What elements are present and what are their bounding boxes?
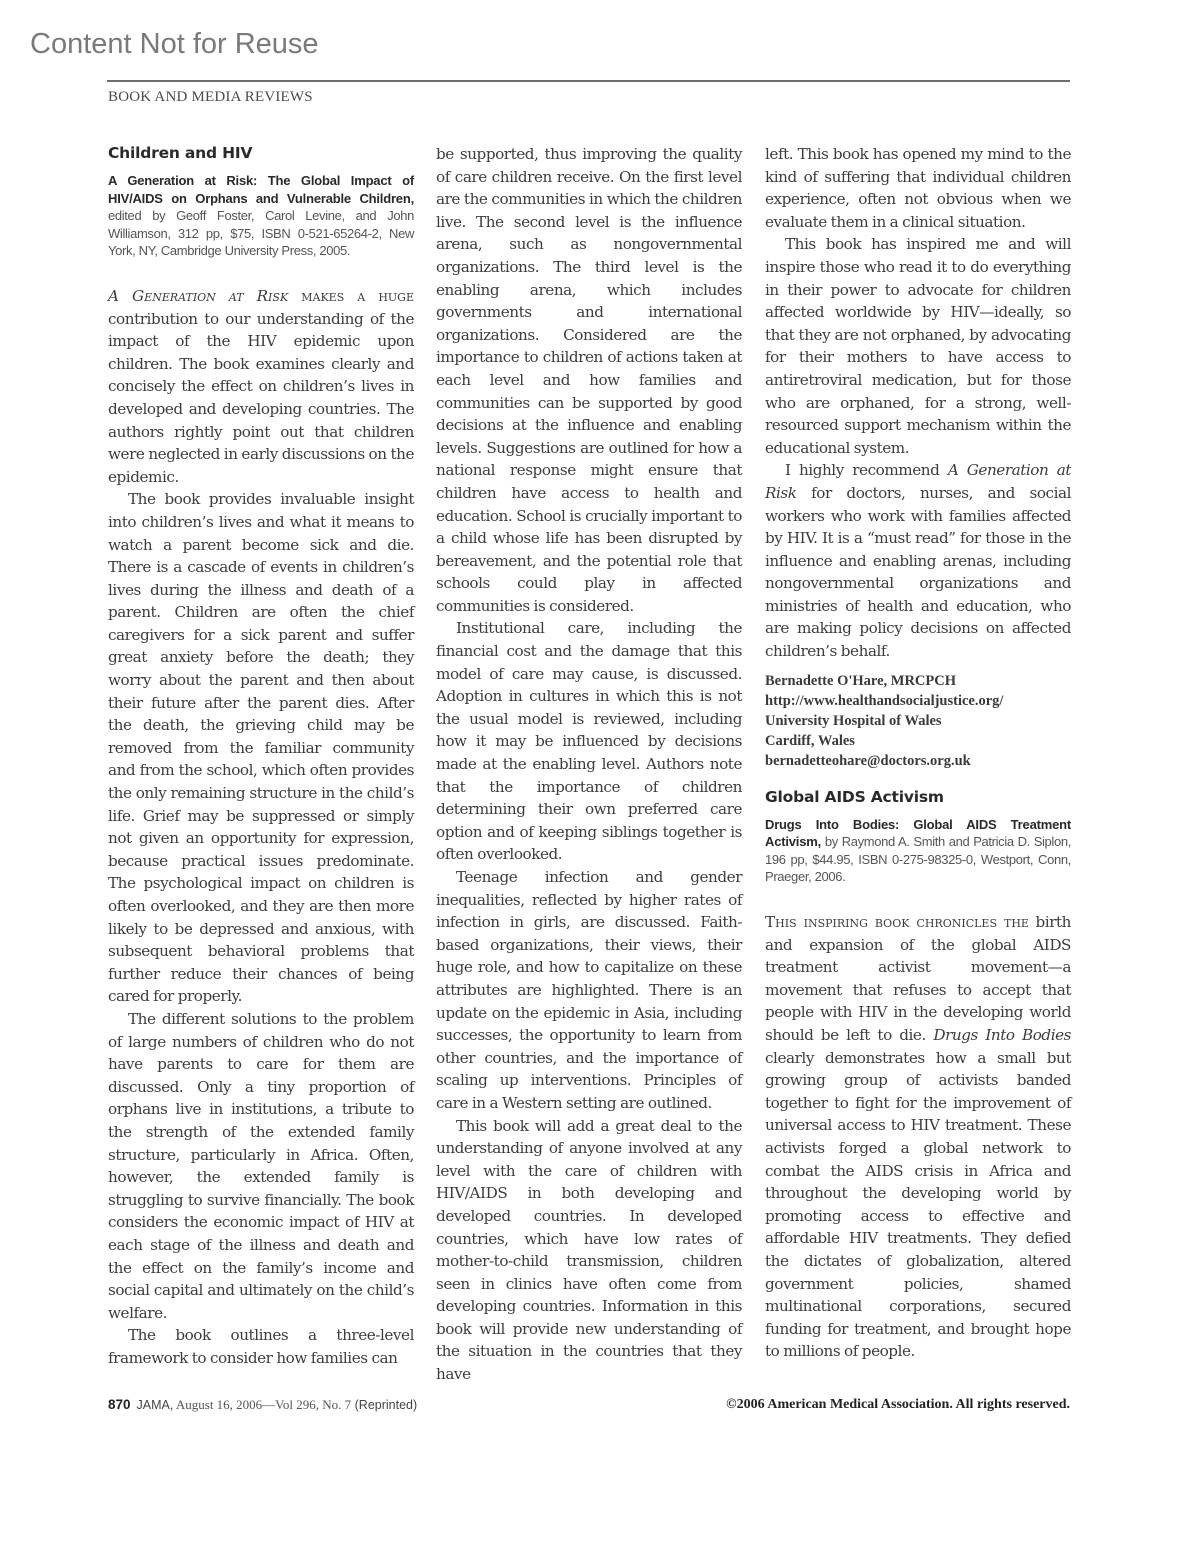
paragraph: A Generation at Risk makes a huge contri… <box>108 285 414 488</box>
paragraph: I highly recommend A Generation at Risk … <box>765 459 1071 662</box>
paragraph: This book will add a great deal to the u… <box>436 1115 742 1386</box>
copyright: ©2006 American Medical Association. All … <box>726 1397 1070 1413</box>
reviewer-signature: Bernadette O'Hare, MRCPCH http://www.hea… <box>765 671 1071 771</box>
footer-citation: 870JAMA, August 16, 2006—Vol 296, No. 7 … <box>108 1397 417 1413</box>
page-number: 870 <box>108 1397 131 1412</box>
reviewer-url[interactable]: http://www.healthandsocialjustice.org/ <box>765 691 1071 711</box>
watermark: Content Not for Reuse <box>30 28 319 61</box>
lead-in: This inspiring book chronicles the <box>765 913 1029 931</box>
section-label: BOOK AND MEDIA REVIEWS <box>108 89 313 106</box>
paragraph: left. This book has opened my mind to th… <box>765 143 1071 233</box>
issue-info: August 16, 2006—Vol 296, No. 7 <box>173 1397 351 1412</box>
paragraph: The book provides invaluable insight int… <box>108 488 414 1008</box>
header-rule <box>107 80 1070 82</box>
column-1: Children and HIV A Generation at Risk: T… <box>108 143 414 1369</box>
paragraph: Institutional care, including the financ… <box>436 617 742 866</box>
journal-name: JAMA, <box>137 1398 174 1412</box>
citation-details: edited by Geoff Foster, Carol Levine, an… <box>108 208 414 258</box>
lead-in: makes a huge <box>288 287 414 305</box>
paragraph: be supported, thus improving the quality… <box>436 143 742 617</box>
lead-in-italic: A Generation at Risk <box>108 287 288 305</box>
book-citation: A Generation at Risk: The Global Impact … <box>108 172 414 260</box>
book-title-italic: Drugs Into Bodies <box>933 1026 1071 1044</box>
reprinted-note: (Reprinted) <box>351 1398 417 1412</box>
book-citation: Drugs Into Bodies: Global AIDS Treatment… <box>765 816 1071 886</box>
reviewer-email[interactable]: bernadetteohare@doctors.org.uk <box>765 751 1071 771</box>
book-title: A Generation at Risk: The Global Impact … <box>108 173 414 206</box>
paragraph: Teenage infection and gender inequalitie… <box>436 866 742 1115</box>
column-2: be supported, thus improving the quality… <box>436 143 742 1386</box>
review-heading: Global AIDS Activism <box>765 787 1071 807</box>
paragraph: The book outlines a three-level framewor… <box>108 1324 414 1369</box>
reviewer-institution: University Hospital of Wales <box>765 711 1071 731</box>
reviewer-location: Cardiff, Wales <box>765 731 1071 751</box>
paragraph: This inspiring book chronicles the birth… <box>765 911 1071 1363</box>
column-3: left. This book has opened my mind to th… <box>765 143 1071 1363</box>
reviewer-name: Bernadette O'Hare, MRCPCH <box>765 671 1071 691</box>
review-heading: Children and HIV <box>108 143 414 163</box>
paragraph: The different solutions to the problem o… <box>108 1008 414 1324</box>
paragraph: This book has inspired me and will inspi… <box>765 233 1071 459</box>
